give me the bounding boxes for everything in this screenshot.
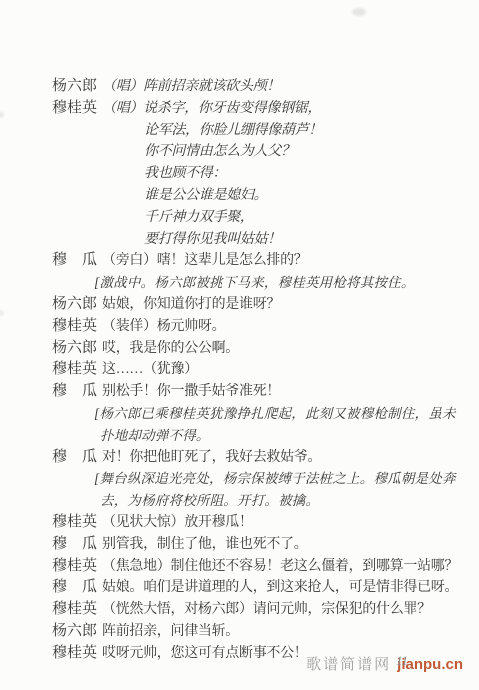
stage-direction: [激战中。杨六郎被挑下马来，穆桂英用枪将其按住。 (52, 272, 462, 294)
script-line: 穆 瓜姑娘。咱们是讲道理的人，到这来抢人，可是情非得已呀。 (52, 577, 462, 599)
script-line: 杨六郎（唱）阵前招亲就该砍头颅！ (52, 76, 462, 98)
scan-artifact (0, 112, 4, 118)
scan-artifact (352, 8, 366, 16)
speaker-name: 穆 瓜 (52, 577, 102, 599)
line-text: （旁白）嗐！这辈儿是怎么排的？ (102, 250, 462, 272)
line-text: 阵前招亲，问律当斩。 (102, 621, 462, 643)
script-line: 穆 瓜别松手！你一撒手姑爷准死！ (52, 381, 462, 403)
script-line: 杨六郎哎，我是你的公公啊。 (52, 338, 462, 360)
speaker-name: 杨六郎 (52, 76, 102, 98)
script-line: 谁是公公谁是媳妇。 (52, 185, 462, 207)
speaker-name: 杨六郎 (52, 294, 102, 316)
line-text: （唱）阵前招亲就该砍头颅！ (102, 76, 462, 98)
speaker-name: 杨六郎 (52, 621, 102, 643)
speaker-name: 穆桂英 (52, 98, 102, 120)
script-line: 穆桂英（装佯）杨元帅呀。 (52, 316, 462, 338)
line-text: （恍然大悟，对杨六郎）请问元帅，宗保犯的什么罪？ (102, 599, 462, 621)
line-text: [杨六郎已乘穆桂英犹豫挣扎爬起，此刻又被穆枪制住，虽未扑地却动弹不得。 (100, 403, 462, 447)
speaker-name: 穆桂英 (52, 556, 102, 578)
script-line: 穆 瓜别管我，制住了他，谁也死不了。 (52, 534, 462, 556)
script-line: 杨六郎姑娘，你知道你打的是谁呀？ (52, 294, 462, 316)
script-line: 穆桂英这……（犹豫） (52, 359, 462, 381)
script-body: 杨六郎（唱）阵前招亲就该砍头颅！穆桂英（唱）说杀字，你牙齿变得像钢锯，论军法，你… (52, 76, 462, 665)
script-line: 穆 瓜（旁白）嗐！这辈儿是怎么排的？ (52, 250, 462, 272)
line-text: （唱）说杀字，你牙齿变得像钢锯， (102, 98, 462, 120)
script-line: 穆桂英（恍然大悟，对杨六郎）请问元帅，宗保犯的什么罪？ (52, 599, 462, 621)
script-line: 要打得你见我叫姑姑！ (52, 229, 462, 251)
speaker-name: 穆 瓜 (52, 250, 102, 272)
line-text: 谁是公公谁是媳妇。 (52, 185, 462, 207)
script-page: 杨六郎（唱）阵前招亲就该砍头颅！穆桂英（唱）说杀字，你牙齿变得像钢锯，论军法，你… (0, 0, 479, 690)
speaker-name: 穆 瓜 (52, 381, 102, 403)
line-text: 别管我，制住了他，谁也死不了。 (102, 534, 462, 556)
line-text: （装佯）杨元帅呀。 (102, 316, 462, 338)
stage-direction: [杨六郎已乘穆桂英犹豫挣扎爬起，此刻又被穆枪制住，虽未扑地却动弹不得。 (52, 403, 462, 447)
script-line: 论军法，你脸儿绷得像葫芦！ (52, 120, 462, 142)
line-text: （焦急地）制住他还不容易！老这么僵着，到哪算一站哪？ (102, 556, 462, 578)
script-line: 你不问情由怎么为人父？ (52, 141, 462, 163)
script-line: 我也顾不得： (52, 163, 462, 185)
speaker-name: 杨六郎 (52, 338, 102, 360)
speaker-name: 穆桂英 (52, 316, 102, 338)
script-line: 穆 瓜对！你把他盯死了，我好去救姑爷。 (52, 447, 462, 469)
speaker-name: 穆桂英 (52, 643, 102, 665)
speaker-name: 穆桂英 (52, 599, 102, 621)
line-text: 对！你把他盯死了，我好去救姑爷。 (102, 447, 462, 469)
line-text: [舞台纵深追光亮处，杨宗保被缚于法桩之上。穆瓜朝是处奔去，为杨府将校所阻。开打。… (100, 468, 462, 512)
script-line: 杨六郎阵前招亲，问律当斩。 (52, 621, 462, 643)
line-text: 姑娘，你知道你打的是谁呀？ (102, 294, 462, 316)
line-text: [激战中。杨六郎被挑下马来，穆桂英用枪将其按住。 (100, 272, 462, 294)
line-text: 千斤神力双手聚， (52, 207, 462, 229)
script-line: 穆桂英（见状大惊）放开穆瓜！ (52, 512, 462, 534)
line-text: 哎，我是你的公公啊。 (102, 338, 462, 360)
line-text: 要打得你见我叫姑姑！ (52, 229, 462, 251)
watermark-site-name: 歌谱简谱网 (306, 657, 391, 673)
line-text: 这……（犹豫） (102, 359, 462, 381)
page-number: 11 (396, 653, 408, 669)
script-line: 穆桂英（唱）说杀字，你牙齿变得像钢锯， (52, 98, 462, 120)
speaker-name: 穆 瓜 (52, 534, 102, 556)
line-text: （见状大惊）放开穆瓜！ (102, 512, 462, 534)
speaker-name: 穆桂英 (52, 359, 102, 381)
speaker-name: 穆 瓜 (52, 447, 102, 469)
watermark: 11 歌谱简谱网jianpu.cn (306, 653, 463, 674)
speaker-name: 穆桂英 (52, 512, 102, 534)
scan-artifact (0, 310, 4, 316)
script-line: 穆桂英（焦急地）制住他还不容易！老这么僵着，到哪算一站哪？ (52, 556, 462, 578)
stage-direction: [舞台纵深追光亮处，杨宗保被缚于法桩之上。穆瓜朝是处奔去，为杨府将校所阻。开打。… (52, 468, 462, 512)
line-text: 别松手！你一撒手姑爷准死！ (102, 381, 462, 403)
script-line: 千斤神力双手聚， (52, 207, 462, 229)
line-text: 论军法，你脸儿绷得像葫芦！ (52, 120, 462, 142)
line-text: 我也顾不得： (52, 163, 462, 185)
line-text: 姑娘。咱们是讲道理的人，到这来抢人，可是情非得已呀。 (102, 577, 462, 599)
line-text: 你不问情由怎么为人父？ (52, 141, 462, 163)
